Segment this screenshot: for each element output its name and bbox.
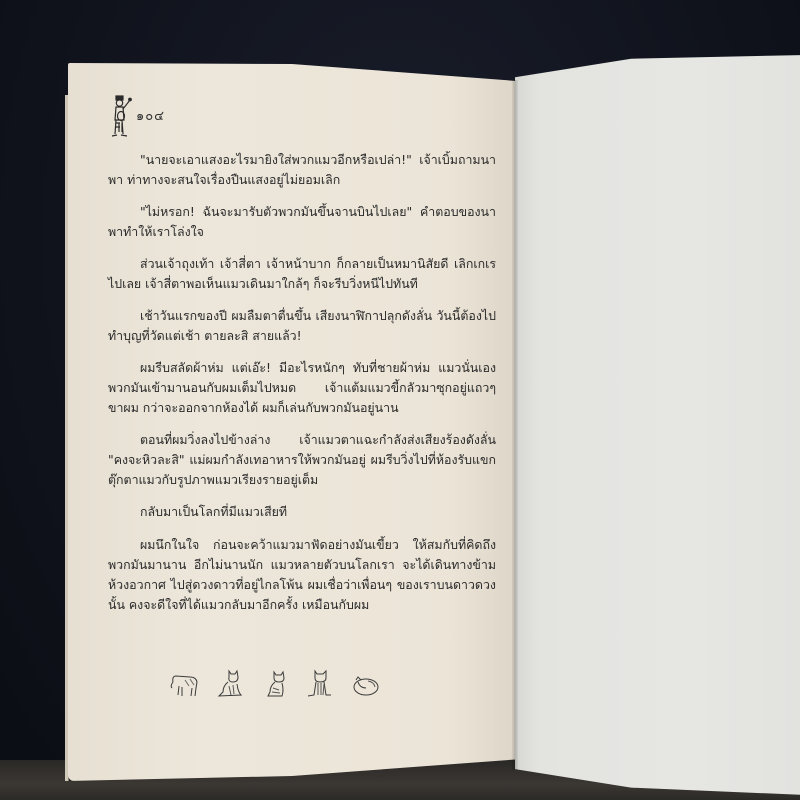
- page-header: ๑๐๔: [110, 92, 165, 142]
- book-gutter: [512, 80, 518, 770]
- right-page-blank: [515, 55, 800, 795]
- paragraph: ตอนที่ผมวิ่งลงไปข้างล่าง เจ้าแมวตาแฉะกำล…: [108, 430, 496, 490]
- paragraph: ผมรีบสลัดผ้าห่ม แต่เอ๊ะ! มีอะไรหนักๆ ทับ…: [108, 358, 496, 418]
- paragraph: "ไม่หรอก! ฉันจะมารับตัวพวกมันขึ้นจานบินไ…: [108, 202, 496, 242]
- cat-illustrations-row: [170, 660, 380, 700]
- story-text: "นายจะเอาแสงอะไรมายิงใส่พวกแมวอีกหรือเปล…: [108, 150, 496, 627]
- paragraph: ส่วนเจ้าถุงเท้า เจ้าสี่ตา เจ้าหน้าบาก ก็…: [108, 254, 496, 294]
- walking-cat-icon: [170, 668, 200, 700]
- paragraph: เช้าวันแรกของปี ผมลืมตาตื่นขึ้น เสียงนาฬ…: [108, 306, 496, 346]
- boy-with-guitar-icon: [110, 94, 132, 142]
- paragraph: กลับมาเป็นโลกที่มีแมวเสียที: [108, 502, 496, 522]
- sitting-cat-icon: [215, 668, 245, 700]
- paragraph: "นายจะเอาแสงอะไรมายิงใส่พวกแมวอีกหรือเปล…: [108, 150, 496, 190]
- page-number: ๑๐๔: [136, 105, 165, 126]
- curled-sleeping-cat-icon: [350, 668, 380, 700]
- seated-cat-icon: [305, 668, 335, 700]
- paragraph: ผมนึกในใจ ก่อนจะคว้าแมวมาฟัดอย่างมันเขี้…: [108, 535, 496, 615]
- crouching-cat-icon: [260, 668, 290, 700]
